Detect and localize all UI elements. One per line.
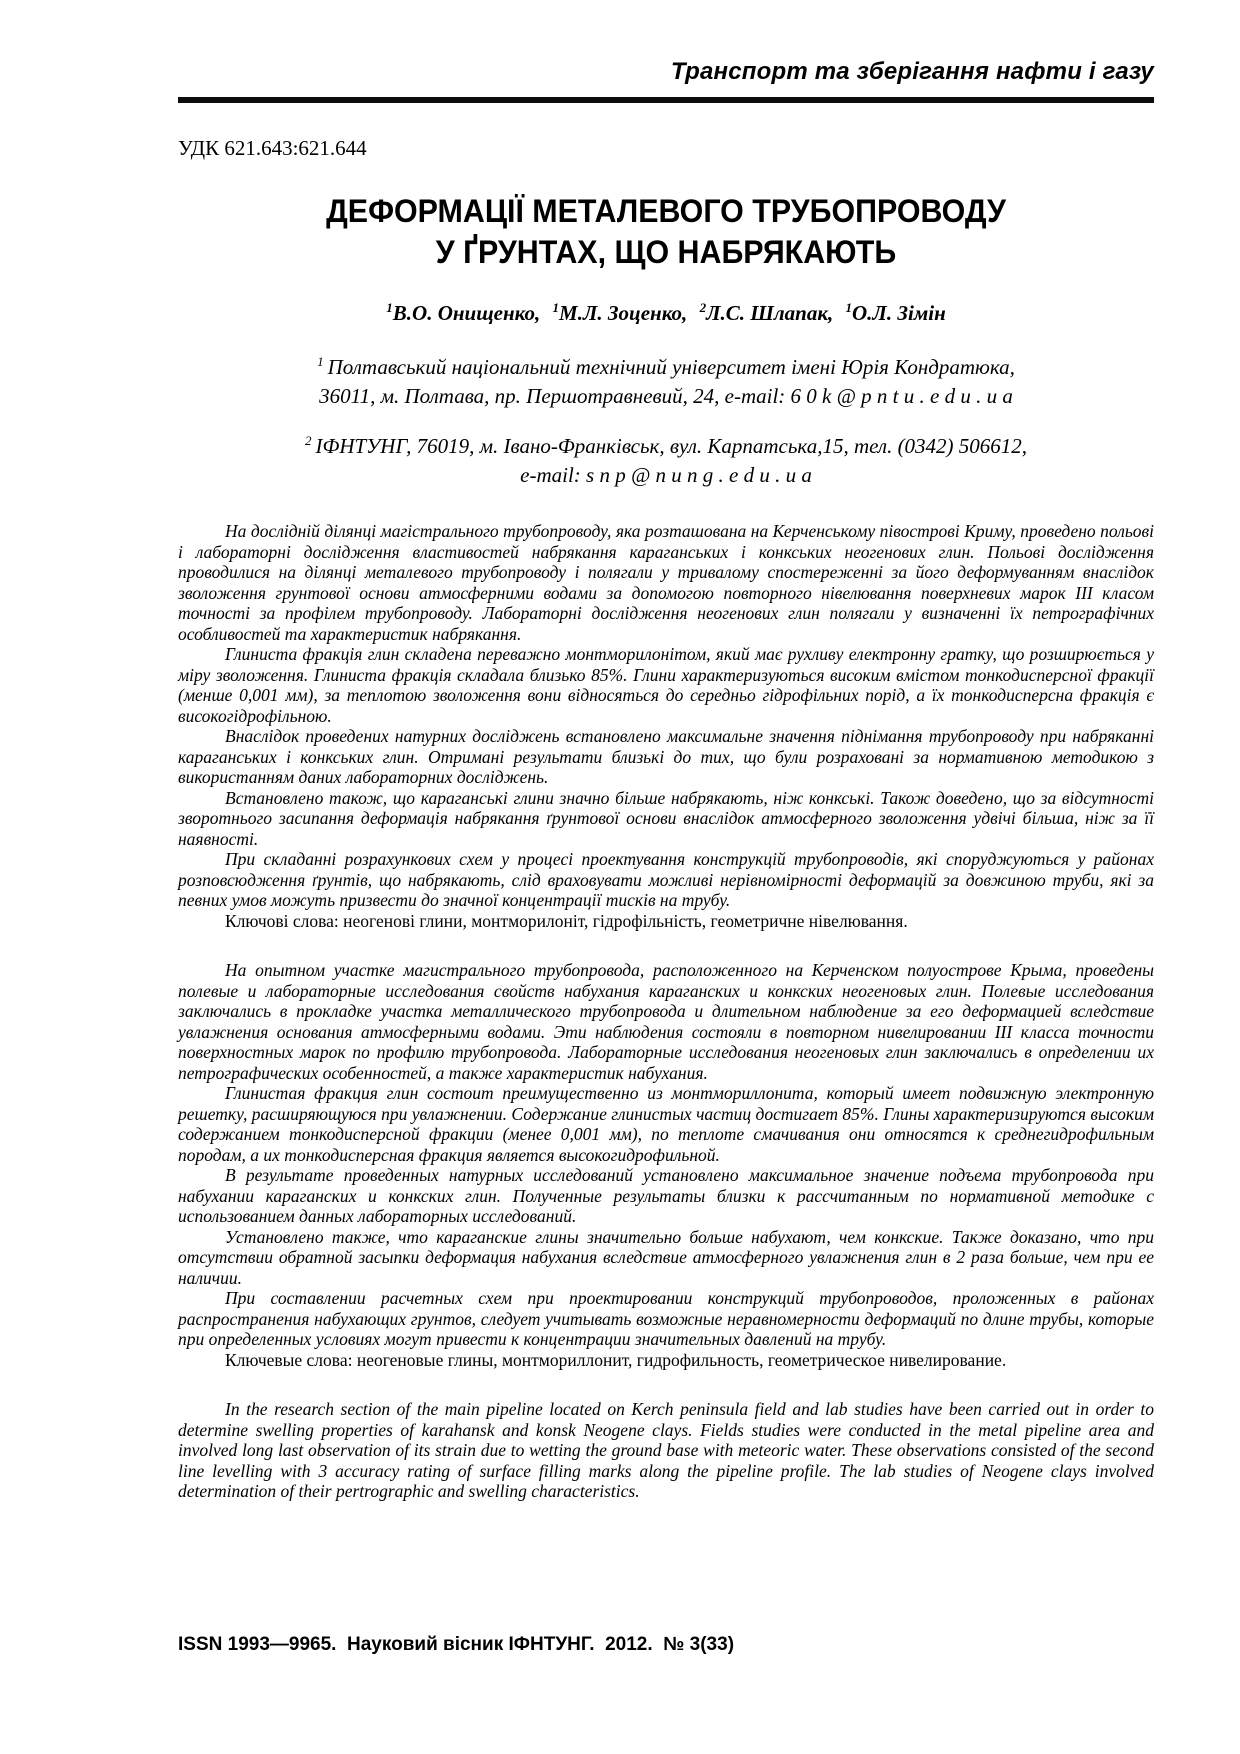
- authors-line: 1В.О. Онищенко, 1М.Л. Зоценко, 2Л.С. Шла…: [178, 300, 1154, 326]
- page-content: Транспорт та зберігання нафти і газу УДК…: [178, 0, 1154, 1502]
- abstract-paragraph: Установлено также, что караганские глины…: [178, 1227, 1154, 1289]
- abstract-paragraph: Глиниста фракція глин складена переважно…: [178, 644, 1154, 726]
- abstract-ukrainian: На дослідній ділянці магістрального труб…: [178, 521, 1154, 931]
- author: 2Л.С. Шлапак,: [700, 301, 834, 325]
- abstract-russian: На опытном участке магистрального трубоп…: [178, 960, 1154, 1370]
- abstract-paragraph: В результате проведенных натурных исслед…: [178, 1165, 1154, 1227]
- abstract-paragraph: In the research section of the main pipe…: [178, 1399, 1154, 1502]
- article-title: ДЕФОРМАЦІЇ МЕТАЛЕВОГО ТРУБОПРОВОДУ У ҐРУ…: [202, 191, 1129, 273]
- affiliation-1-address-email: 36011, м. Полтава, пр. Першотравневий, 2…: [319, 384, 1013, 408]
- abstract-paragraph: При складанні розрахункових схем у проце…: [178, 849, 1154, 911]
- journal-section-header: Транспорт та зберігання нафти і газу: [178, 0, 1154, 86]
- affiliation-2-email: e-mail: s n p @ n u n g . e d u . u a: [520, 463, 812, 487]
- affiliation-2-mark: 2: [305, 433, 312, 448]
- affiliation-2: 2ІФНТУНГ, 76019, м. Івано-Франківськ, ву…: [178, 432, 1154, 490]
- article-title-line-2: У ҐРУНТАХ, ЩО НАБРЯКАЮТЬ: [436, 234, 896, 270]
- udc-code: УДК 621.643:621.644: [178, 136, 1154, 160]
- paper-page: { "header": { "journal_section": "Трансп…: [0, 0, 1240, 1754]
- author: 1М.Л. Зоценко,: [553, 301, 688, 325]
- affiliation-1-mark: 1: [317, 354, 324, 369]
- author: 1О.Л. Зімін: [846, 301, 946, 325]
- abstract-paragraph: При составлении расчетных схем при проек…: [178, 1288, 1154, 1350]
- header-divider-rule: [178, 97, 1154, 103]
- abstract-paragraph: На дослідній ділянці магістрального труб…: [178, 521, 1154, 644]
- abstract-paragraph: Внаслідок проведених натурних досліджень…: [178, 726, 1154, 788]
- abstract-paragraph: Встановлено також, що караганські глини …: [178, 788, 1154, 850]
- author: 1В.О. Онищенко,: [386, 301, 540, 325]
- abstract-paragraph: Глинистая фракция глин состоит преимущес…: [178, 1083, 1154, 1165]
- abstract-english: In the research section of the main pipe…: [178, 1399, 1154, 1502]
- affiliation-1-institution: Полтавський національний технічний уніве…: [328, 355, 1015, 379]
- affiliation-2-institution: ІФНТУНГ, 76019, м. Івано-Франківськ, вул…: [315, 434, 1027, 458]
- affiliation-1: 1Полтавський національний технічний унів…: [178, 353, 1154, 411]
- abstract-paragraph: На опытном участке магистрального трубоп…: [178, 960, 1154, 1083]
- keywords-russian: Ключевые слова: неогеновые глины, монтмо…: [178, 1350, 1154, 1371]
- article-title-line-1: ДЕФОРМАЦІЇ МЕТАЛЕВОГО ТРУБОПРОВОДУ: [326, 193, 1006, 229]
- footer-issn-line: ISSN 1993—9965. Науковий вісник ІФНТУНГ.…: [178, 1634, 734, 1656]
- keywords-ukrainian: Ключові слова: неогенові глини, монтмори…: [178, 911, 1154, 932]
